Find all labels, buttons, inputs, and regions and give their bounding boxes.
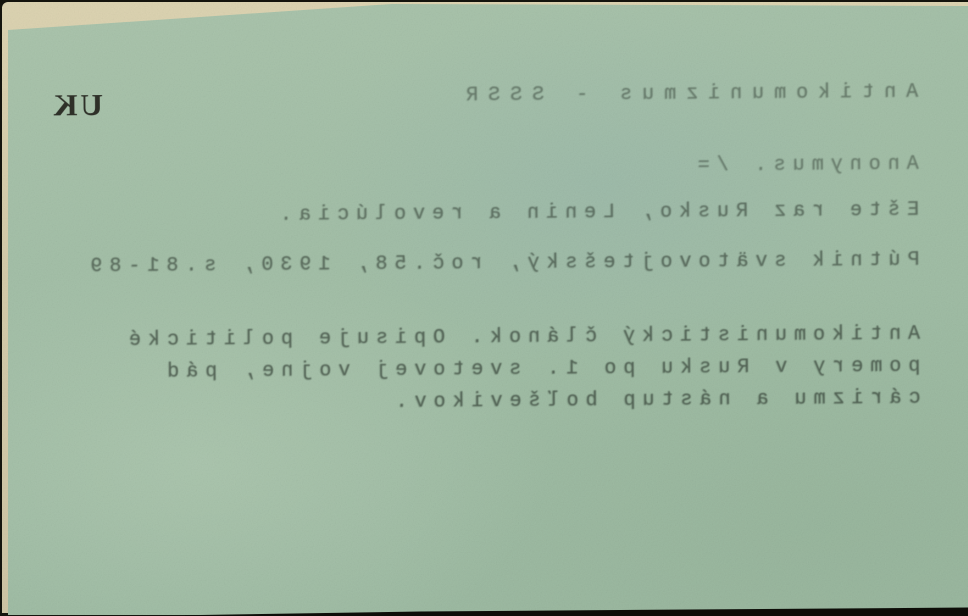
annotation-line-3: cárizmu a nástup boľševikov. (389, 387, 921, 414)
typewritten-block: UK Antikomunizmus - SSSR Anonymus. /= Eš… (6, 0, 968, 616)
annotation-line-1: Antikomunistický článok. Opisuje politic… (122, 323, 920, 352)
source-citation-line: Pútnik svätovojtešský, roč.58, 1930, s.8… (83, 249, 919, 279)
author-line: Anonymus. /= (691, 153, 919, 178)
scanned-catalog-card: UK Antikomunizmus - SSSR Anonymus. /= Eš… (0, 0, 968, 616)
subject-heading-line: Antikomunizmus - SSSR (456, 81, 918, 108)
annotation-line-2: pomery v Rusku po 1. svetovej vojne, pád (160, 355, 920, 384)
mirrored-text-layer: UK Antikomunizmus - SSSR Anonymus. /= Eš… (8, 4, 968, 615)
library-uk-stamp: UK (50, 87, 103, 123)
title-line: Ešte raz Rusko, Lenin a revolúcia. (273, 199, 919, 227)
